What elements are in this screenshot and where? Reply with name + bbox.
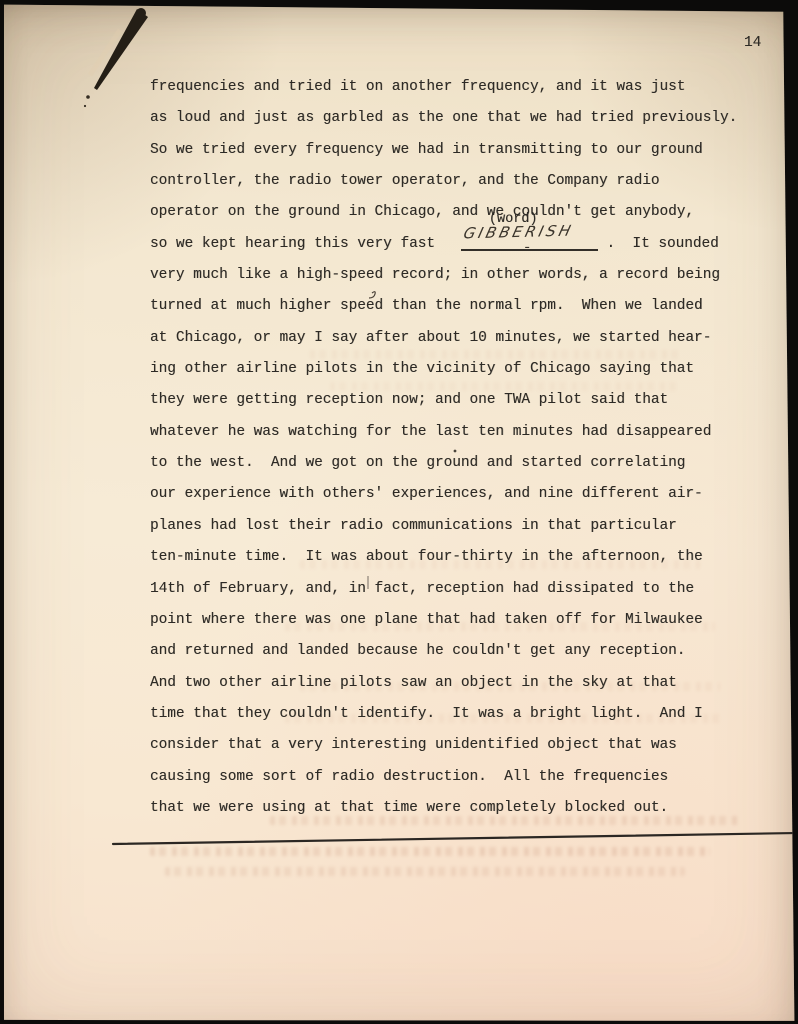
typed-line: causing some sort of radio destruction. …	[150, 762, 770, 793]
horizontal-rule	[113, 833, 797, 844]
bleed-through-ghost-text	[150, 847, 710, 856]
typed-line: that we were using at that time were com…	[150, 793, 770, 824]
fill-in-blank: GIBBERISH(word)-	[461, 234, 598, 251]
ink-dot	[86, 95, 90, 99]
ink-stroke-mark	[94, 9, 148, 90]
typed-line: and returned and landed because he could…	[150, 636, 770, 667]
ink-blob	[136, 8, 146, 18]
typed-line: at Chicago, or may I say after about 10 …	[150, 323, 770, 354]
typed-line: operator on the ground in Chicago, and w…	[150, 197, 770, 228]
typed-line: point where there was one plane that had…	[150, 605, 770, 636]
typed-line: ten-minute time. It was about four-thirt…	[150, 542, 770, 573]
typed-line: time that they couldn't identify. It was…	[150, 699, 770, 730]
typed-line: to the west. And we got on the ground an…	[150, 448, 770, 479]
annotation-post-text: . It sounded	[598, 236, 719, 252]
typed-line: And two other airline pilots saw an obje…	[150, 668, 770, 699]
typed-line: they were getting reception now; and one…	[150, 385, 770, 416]
bleed-through-ghost-text	[165, 867, 685, 876]
typed-word-hint: (word)	[489, 204, 538, 235]
page-number: 14	[744, 35, 761, 51]
typed-line: very much like a high-speed record; in o…	[150, 260, 770, 291]
typed-line: controller, the radio tower operator, an…	[150, 166, 770, 197]
document-page: 14 frequencies and tried it on another f…	[0, 0, 798, 1024]
typed-line: 14th of February, and, in fact, receptio…	[150, 574, 770, 605]
paragraph-top: frequencies and tried it on another freq…	[150, 72, 770, 229]
typed-line: our experience with others' experiences,…	[150, 479, 770, 510]
typed-line: ing other airline pilots in the vicinity…	[150, 354, 770, 385]
annotation-pre-text: so we kept hearing this very fast	[150, 236, 461, 252]
typed-line: consider that a very interesting unident…	[150, 730, 770, 761]
annotation-line: so we kept hearing this very fast GIBBER…	[150, 229, 770, 260]
typed-line: planes had lost their radio communicatio…	[150, 511, 770, 542]
typed-line: frequencies and tried it on another freq…	[150, 72, 770, 103]
typed-line: as loud and just as garbled as the one t…	[150, 103, 770, 134]
typed-text-block: frequencies and tried it on another freq…	[150, 72, 770, 824]
typed-line: So we tried every frequency we had in tr…	[150, 135, 770, 166]
typed-line: whatever he was watching for the last te…	[150, 417, 770, 448]
underline-dash-mark: -	[523, 233, 531, 264]
photo-frame: 14 frequencies and tried it on another f…	[0, 0, 798, 1024]
emboss-shadow-mark	[90, 30, 120, 75]
typed-line: turned at much higher speed than the nor…	[150, 291, 770, 322]
ink-dot	[84, 105, 86, 107]
paragraph-bottom: very much like a high-speed record; in o…	[150, 260, 770, 824]
